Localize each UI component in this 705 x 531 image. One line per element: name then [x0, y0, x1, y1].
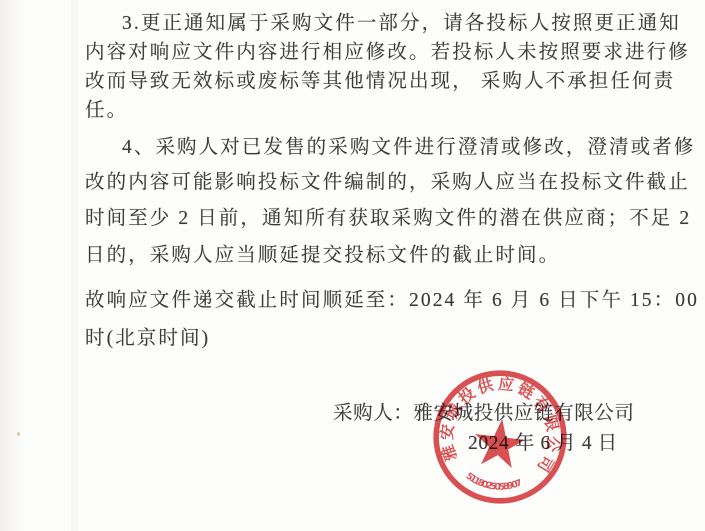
deadline-statement-line-1: 故响应文件递交截止时间顺延至：2024 年 6 月 6 日下午 15：00 — [85, 290, 699, 312]
paragraph-4-line-4: 日的，采购人应当顺延提交投标文件的截止时间。 — [85, 245, 560, 267]
deadline-statement-line-2: 时(北京时间) — [85, 328, 210, 350]
paragraph-3-line-3: 改而导致无效标或废标等其他情况出现， 采购人不承担任何责 — [85, 71, 675, 93]
official-seal: 雅安城投供应链有限公司 5118025058907 — [415, 352, 584, 521]
scan-speck — [17, 432, 20, 436]
seal-star-icon — [472, 416, 527, 469]
paragraph-3-line-1: 3.更正通知属于采购文件一部分，请各投标人按照更正通知 — [122, 13, 681, 35]
paragraph-4-line-3: 时间至少 2 日前，通知所有获取采购文件的潜在供应商；不足 2 — [85, 208, 691, 230]
paragraph-3-line-2: 内容对响应文件内容进行相应修改。若投标人未按照要求进行修 — [85, 42, 690, 64]
paragraph-3-line-4: 任。 — [85, 100, 128, 122]
scan-left-edge-shading — [0, 0, 26, 531]
scanned-document-page: 3.更正通知属于采购文件一部分，请各投标人按照更正通知 内容对响应文件内容进行相… — [0, 0, 705, 531]
paragraph-4-line-1: 4、采购人对已发售的采购文件进行澄清或修改，澄清或者修 — [122, 137, 695, 159]
paragraph-4-line-2: 改的内容可能影响投标文件编制的，采购人应当在投标文件截止 — [85, 172, 690, 194]
scan-crease-line — [71, 0, 78, 531]
